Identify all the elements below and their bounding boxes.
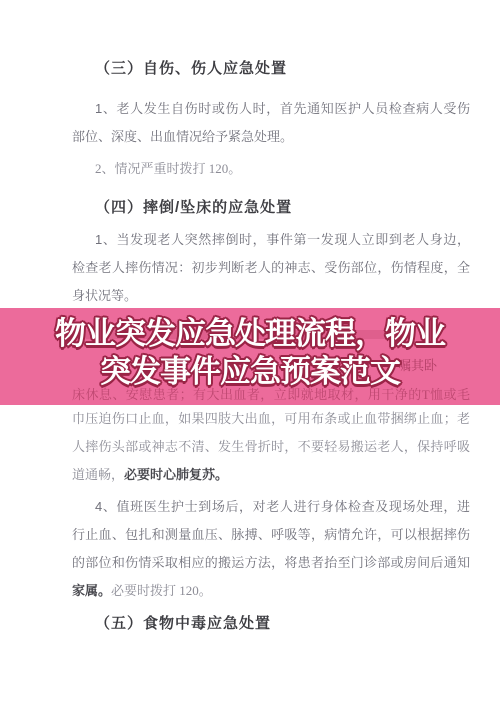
text-run: 的部位和伤情采取相应的搬运方法，将患者抬至门诊部或房间后通知: [72, 555, 470, 570]
text-run: （四）摔倒/坠床的应急处置: [95, 199, 292, 216]
section-heading: （五）食物中毒应急处置: [72, 610, 470, 638]
document-line: 的部位和伤情采取相应的搬运方法，将患者抬至门诊部或房间后通知: [72, 549, 470, 577]
text-run: 4、值班医生护士到场后，对老人进行身体检查及现场处理，进: [95, 499, 470, 514]
text-run: 行止血、包扎和测量血压、脉搏、呼吸等，病情允许，可以根据摔伤: [72, 527, 470, 542]
text-run: 人摔伤头部或神志不清、发生骨折时，不要轻易搬运老人，保持呼吸: [72, 439, 470, 454]
text-run: 必要时拨打 120。: [111, 583, 212, 598]
text-run: 检查老人摔伤情况：初步判断老人的神志、受伤部位，伤情程度，全: [72, 260, 470, 275]
text-run: 家属。: [72, 583, 111, 598]
document-line: 检查老人摔伤情况：初步判断老人的神志、受伤部位，伤情程度，全: [72, 254, 470, 282]
document-line: 4、值班医生护士到场后，对老人进行身体检查及现场处理，进: [72, 493, 470, 521]
text-run: （五）食物中毒应急处置: [95, 615, 271, 632]
document-line: 巾压迫伤口止血，如果四肢大出血，可用布条或止血带捆绑止血；老: [72, 405, 470, 433]
document-line: 人摔伤头部或神志不清、发生骨折时，不要轻易搬运老人，保持呼吸: [72, 433, 470, 461]
title-banner: 嘱其卧 床休息、安慰患者；有大出血者，立即就地取材，用干净的T恤或毛 物业突发应…: [0, 308, 500, 405]
text-run: 道通畅，: [72, 467, 124, 482]
document-line: 家属。必要时拨打 120。: [72, 577, 470, 605]
document-line: 2、情况严重时拨打 120。: [72, 155, 470, 183]
section-heading: （三）自伤、伤人应急处置: [72, 55, 470, 83]
text-run: 必要时心肺复苏。: [124, 467, 228, 482]
document-line: 身状况等。: [72, 282, 470, 310]
section-heading: （四）摔倒/坠床的应急处置: [72, 194, 470, 222]
banner-title-line: 突发事件应急预案范文: [0, 353, 500, 391]
document-line: 1、当发现老人突然摔倒时，事件第一发现人立即到老人身边，: [72, 226, 470, 254]
banner-title: 物业突发应急处理流程，物业突发事件应急预案范文: [0, 315, 500, 391]
document-line: 1、老人发生自伤时或伤人时，首先通知医护人员检查病人受伤: [72, 95, 470, 123]
text-run: 部位、深度、出血情况给予紧急处理。: [72, 129, 293, 144]
banner-title-line: 物业突发应急处理流程，物业: [0, 315, 500, 353]
text-run: （三）自伤、伤人应急处置: [95, 60, 287, 77]
document-line: 行止血、包扎和测量血压、脉搏、呼吸等，病情允许，可以根据摔伤: [72, 521, 470, 549]
text-run: 1、老人发生自伤时或伤人时，首先通知医护人员检查病人受伤: [95, 101, 470, 116]
document-line: 道通畅，必要时心肺复苏。: [72, 461, 470, 489]
text-run: 巾压迫伤口止血，如果四肢大出血，可用布条或止血带捆绑止血；老: [72, 411, 470, 426]
text-run: 身状况等。: [72, 288, 137, 303]
text-run: 1、当发现老人突然摔倒时，事件第一发现人立即到老人身边，: [95, 232, 470, 247]
text-run: 2、情况严重时拨打 120。: [95, 161, 241, 176]
document-line: 部位、深度、出血情况给予紧急处理。: [72, 123, 470, 151]
